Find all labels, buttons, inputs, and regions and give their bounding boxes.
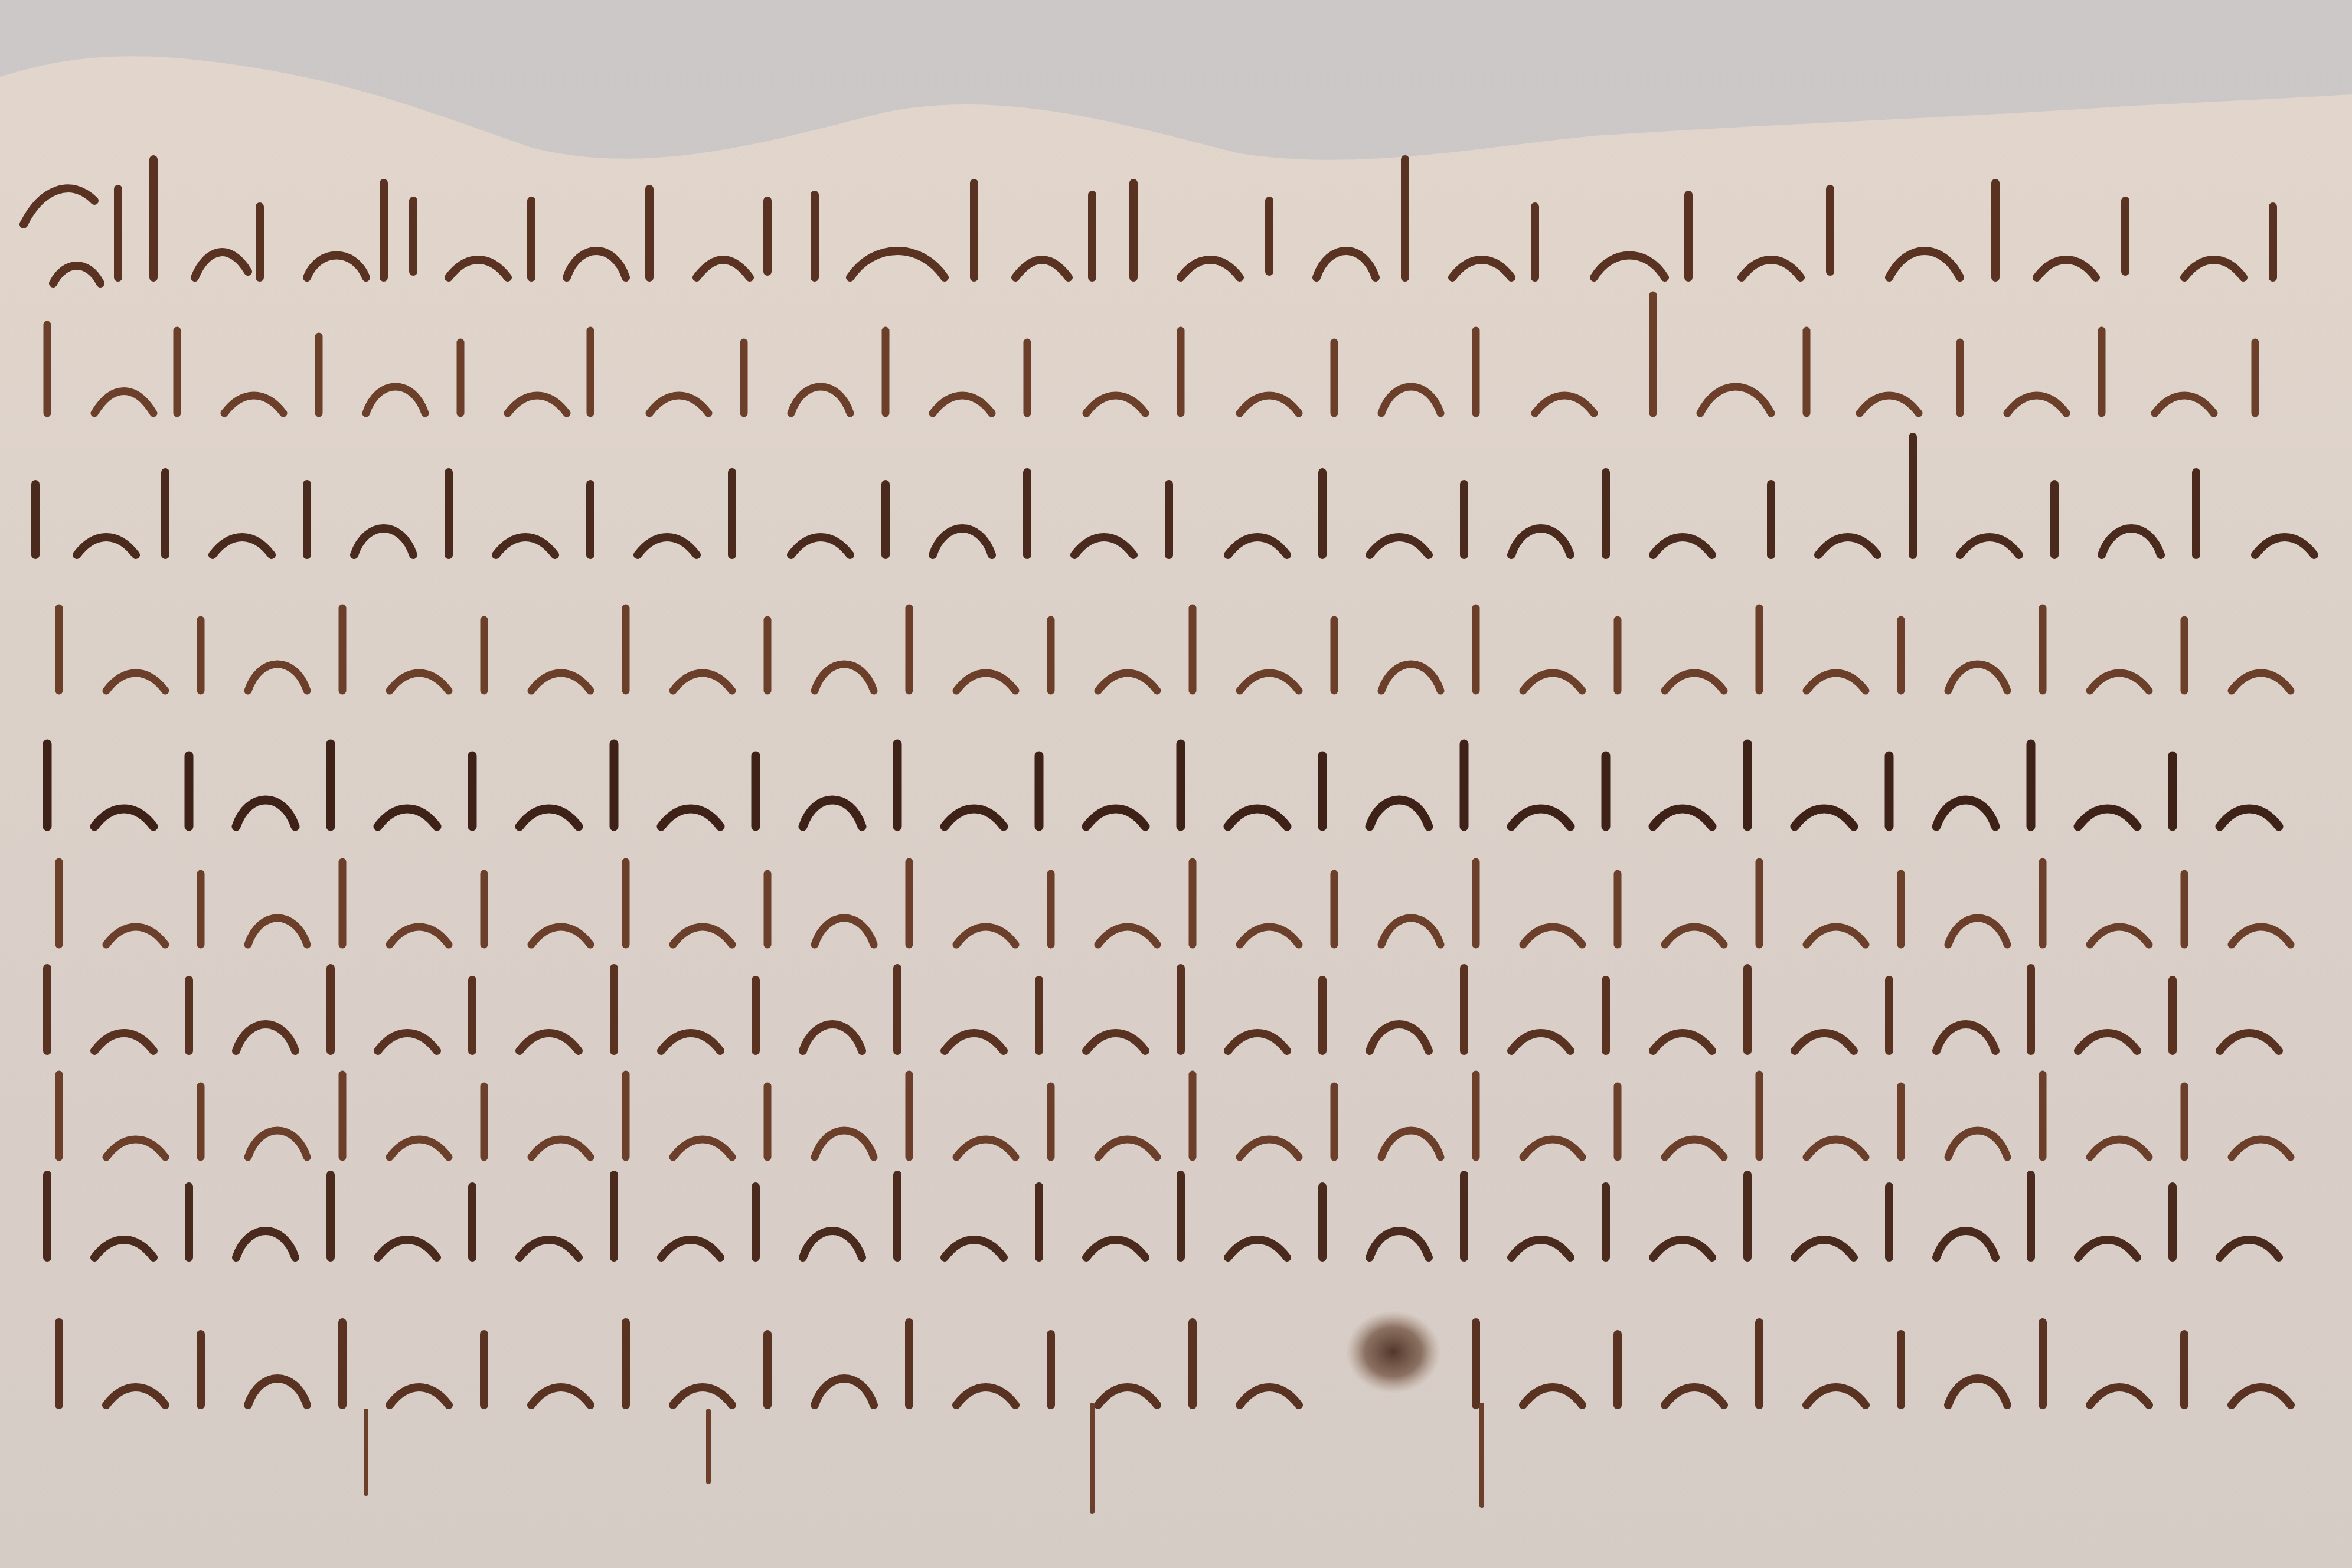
script-line-5 <box>47 744 2279 827</box>
script-line-4 <box>59 608 2291 691</box>
script-line-9 <box>47 1175 2279 1257</box>
script-line-7 <box>47 968 2279 1051</box>
script-line-10 <box>59 1322 2291 1405</box>
script-line-6 <box>59 862 2291 945</box>
manuscript-photo: Photograph of a parchment document with … <box>0 0 2352 1568</box>
script-line-3 <box>35 437 2314 555</box>
handwritten-text <box>0 0 2352 1568</box>
script-line-2 <box>47 295 2255 413</box>
descenders <box>366 1405 1482 1511</box>
script-line-1 <box>24 159 2273 283</box>
script-line-8 <box>59 1074 2291 1157</box>
